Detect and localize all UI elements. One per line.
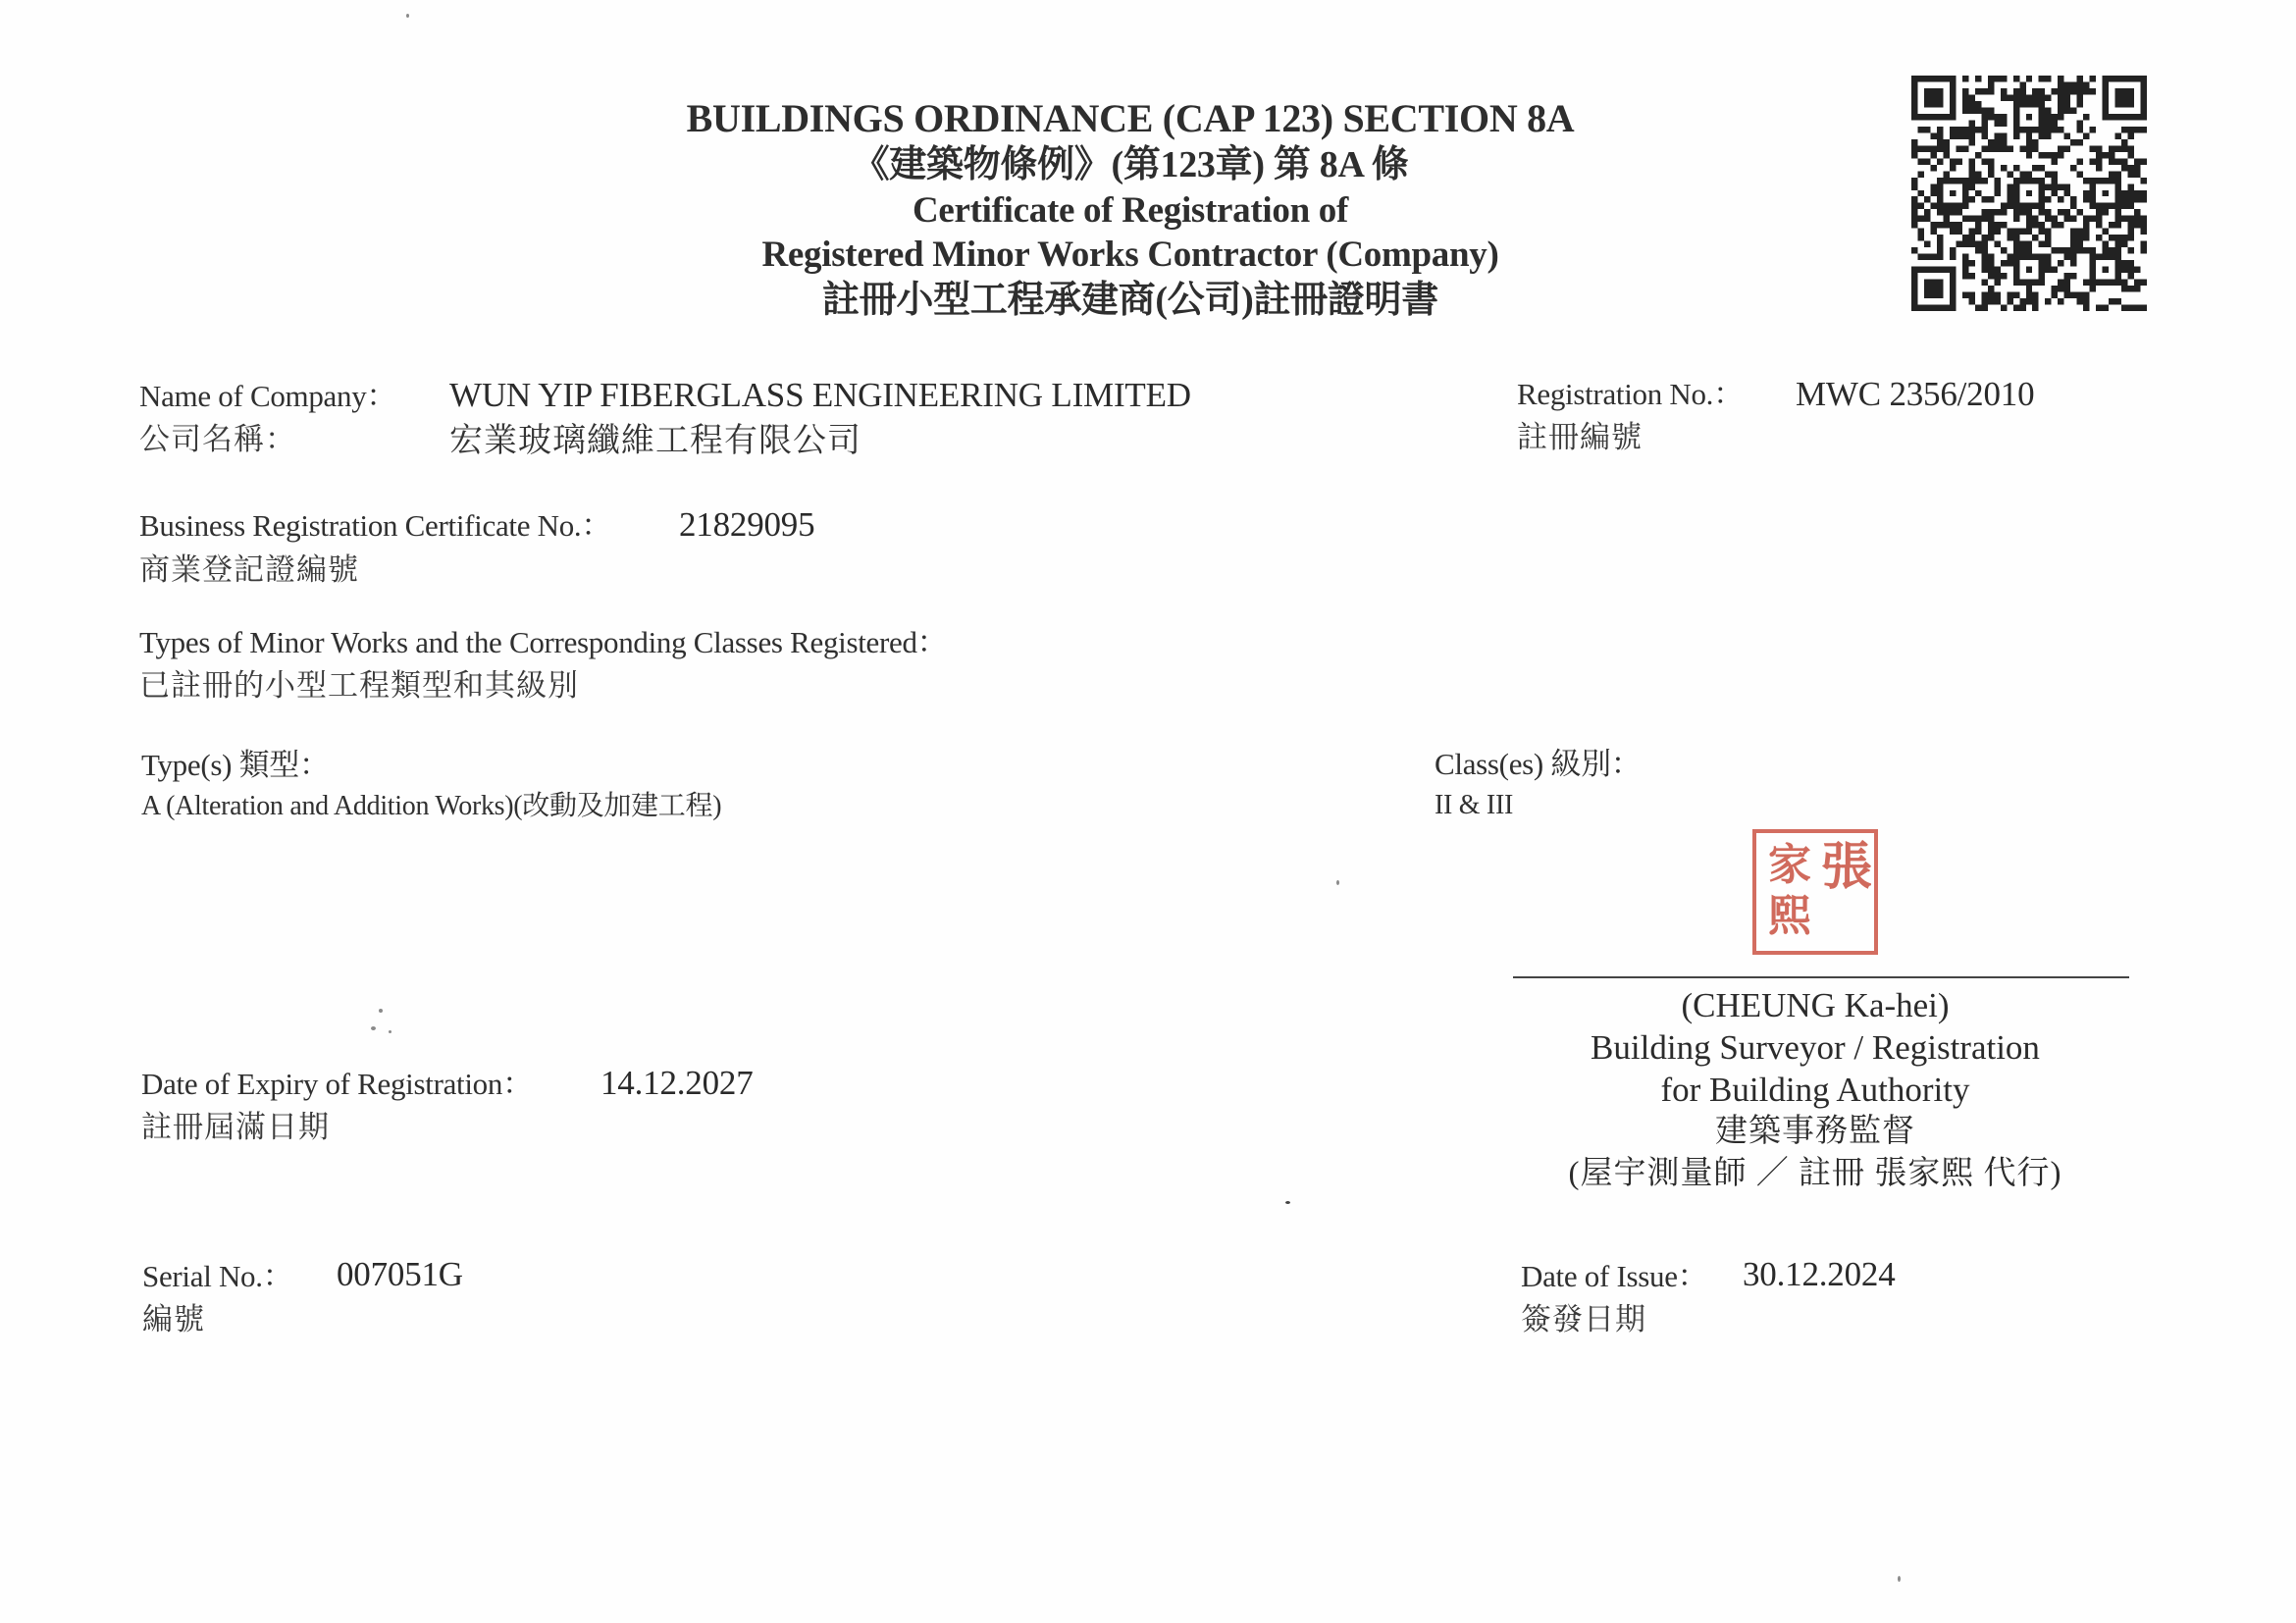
types-label: Type(s) 類型： <box>141 748 330 783</box>
registration-no-label-zh: 註冊編號 <box>1517 420 1643 455</box>
expiry-date-label-zh: 註冊屆滿日期 <box>141 1110 330 1145</box>
company-name-label: Name of Company： <box>139 379 396 414</box>
registration-no-label: Registration No.： <box>1517 377 1744 412</box>
issue-date-label-zh: 簽發日期 <box>1521 1302 1646 1337</box>
stamp-char-3: 熙 <box>1768 894 1811 939</box>
signatory-title-zh: 建築事務監督 <box>1491 1111 2139 1153</box>
signatory-name: (CHEUNG Ka-hei) <box>1491 984 2139 1026</box>
stamp-char-1: 張 <box>1821 841 1872 894</box>
serial-no-label: Serial No.： <box>142 1259 292 1294</box>
company-name-value-zh: 宏業玻璃纖維工程有限公司 <box>449 422 861 461</box>
ordinance-heading-zh: 《建築物條例》(第123章) 第 8A 條 <box>640 141 1621 188</box>
company-name-label-zh: 公司名稱： <box>139 422 296 457</box>
certificate-title: BUILDINGS ORDINANCE (CAP 123) SECTION 8A… <box>640 96 1621 324</box>
serial-no-value: 007051G <box>337 1255 463 1294</box>
minor-works-heading-zh: 已註冊的小型工程類型和其級別 <box>139 668 579 704</box>
certificate-heading-zh: 註冊小型工程承建商(公司)註冊證明書 <box>640 277 1621 324</box>
certificate-subheading: Registered Minor Works Contractor (Compa… <box>640 233 1621 277</box>
br-certificate-label-zh: 商業登記證編號 <box>139 552 359 588</box>
br-certificate-label: Business Registration Certificate No.： <box>139 508 611 544</box>
signatory-title-zh-2: (屋宇測量師 ／ 註冊 張家熙 代行) <box>1491 1153 2139 1195</box>
signature-line <box>1513 976 2129 978</box>
classes-label: Class(es) 級別： <box>1435 747 1642 782</box>
types-value: A (Alteration and Addition Works)(改動及加建工… <box>141 789 721 824</box>
certificate-heading: Certificate of Registration of <box>640 188 1621 233</box>
scan-speck <box>379 1009 383 1013</box>
signatory-title: Building Surveyor / Registration <box>1491 1026 2139 1069</box>
classes-value: II & III <box>1435 788 1513 823</box>
expiry-date-label: Date of Expiry of Registration： <box>141 1067 533 1102</box>
minor-works-heading: Types of Minor Works and the Correspondi… <box>139 625 947 660</box>
certificate-page: BUILDINGS ORDINANCE (CAP 123) SECTION 8A… <box>0 0 2296 1623</box>
official-seal-stamp: 張 家 熙 <box>1752 829 1878 955</box>
scan-speck <box>1336 880 1339 885</box>
signatory-title-2: for Building Authority <box>1491 1069 2139 1111</box>
scan-speck <box>1898 1576 1901 1582</box>
scan-speck <box>406 14 409 18</box>
scan-speck <box>1285 1201 1290 1204</box>
expiry-date-value: 14.12.2027 <box>600 1064 754 1103</box>
signatory-block: (CHEUNG Ka-hei) Building Surveyor / Regi… <box>1491 984 2139 1195</box>
issue-date-value: 30.12.2024 <box>1743 1255 1896 1294</box>
registration-no-value: MWC 2356/2010 <box>1796 375 2034 414</box>
company-name-value: WUN YIP FIBERGLASS ENGINEERING LIMITED <box>449 376 1191 415</box>
issue-date-label: Date of Issue： <box>1521 1259 1707 1294</box>
br-certificate-value: 21829095 <box>679 505 814 545</box>
scan-speck <box>389 1030 391 1033</box>
serial-no-label-zh: 編號 <box>142 1302 205 1337</box>
ordinance-heading: BUILDINGS ORDINANCE (CAP 123) SECTION 8A <box>640 96 1621 141</box>
stamp-char-2: 家 <box>1768 843 1811 888</box>
qr-code-icon <box>1907 76 2151 311</box>
scan-speck <box>371 1026 376 1030</box>
